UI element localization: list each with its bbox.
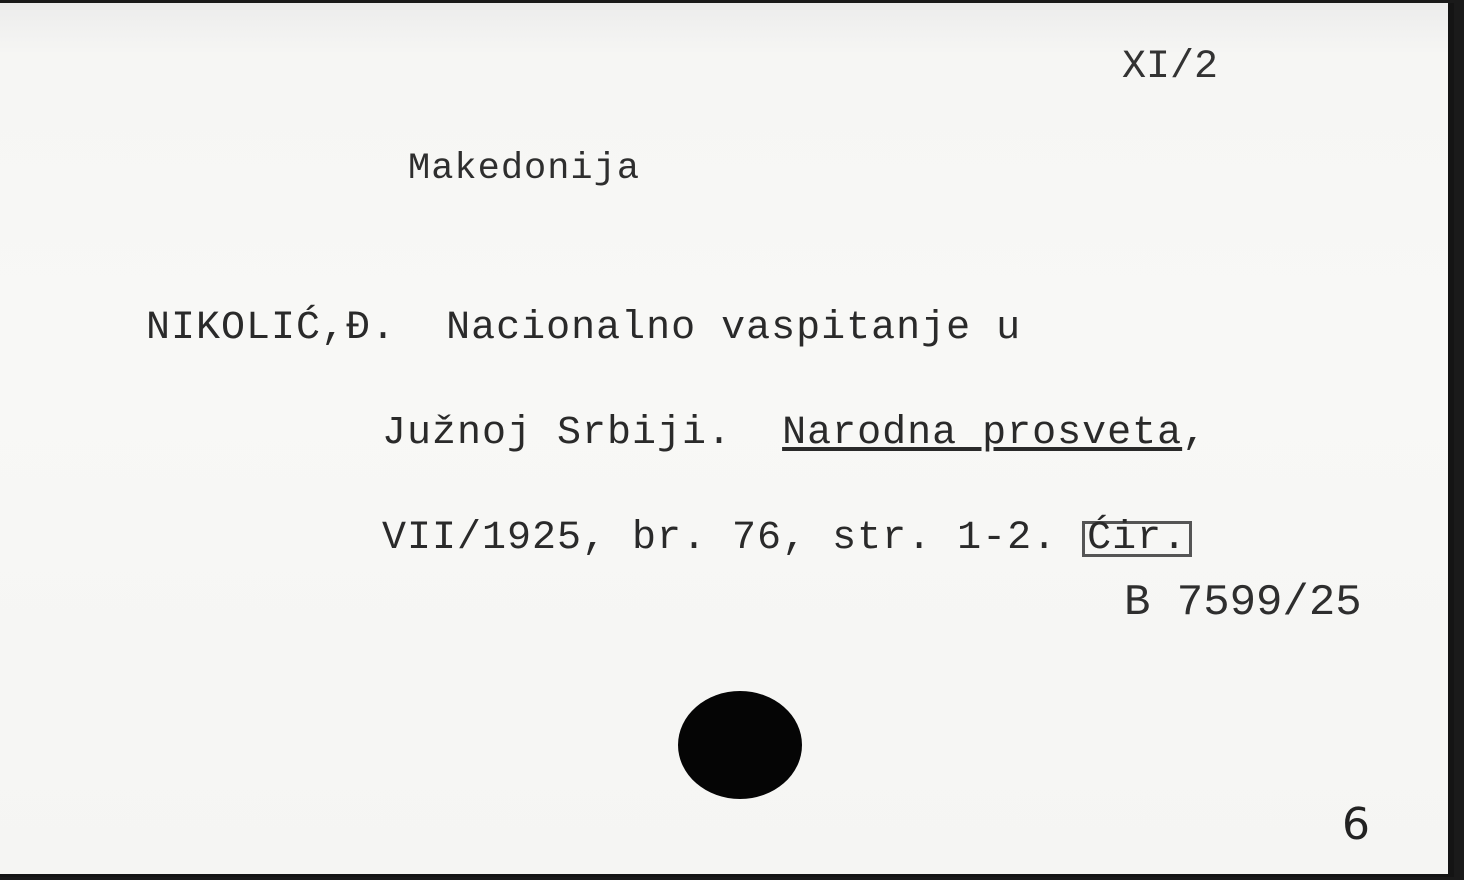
title-end: Južnoj Srbiji.	[382, 411, 732, 456]
bibliographic-entry: NIKOLIĆ,Đ. Nacionalno vaspitanje u Južno…	[146, 241, 1207, 627]
handwritten-mark: 6	[1342, 799, 1370, 850]
call-number: B 7599/25	[1124, 578, 1362, 628]
title-start: Nacionalno vaspitanje u	[446, 306, 1021, 351]
journal-name: Narodna prosveta	[782, 411, 1182, 456]
journal-trail: ,	[1182, 411, 1207, 456]
entry-line-3: VII/1925, br. 76, str. 1-2. Ćir.	[146, 521, 1207, 557]
subject-heading: Makedonija	[408, 148, 640, 190]
catalog-card: XI/2 Makedonija NIKOLIĆ,Đ. Nacionalno va…	[0, 3, 1454, 877]
script-note: Ćir.	[1082, 521, 1192, 557]
author-name: NIKOLIĆ,Đ.	[146, 306, 396, 351]
punch-hole	[678, 691, 802, 799]
entry-line-1: NIKOLIĆ,Đ. Nacionalno vaspitanje u	[146, 311, 1207, 346]
classification-number: XI/2	[1122, 45, 1218, 90]
entry-line-2: Južnoj Srbiji. Narodna prosveta,	[146, 416, 1207, 451]
issue-details: VII/1925, br. 76, str. 1-2.	[382, 516, 1057, 561]
